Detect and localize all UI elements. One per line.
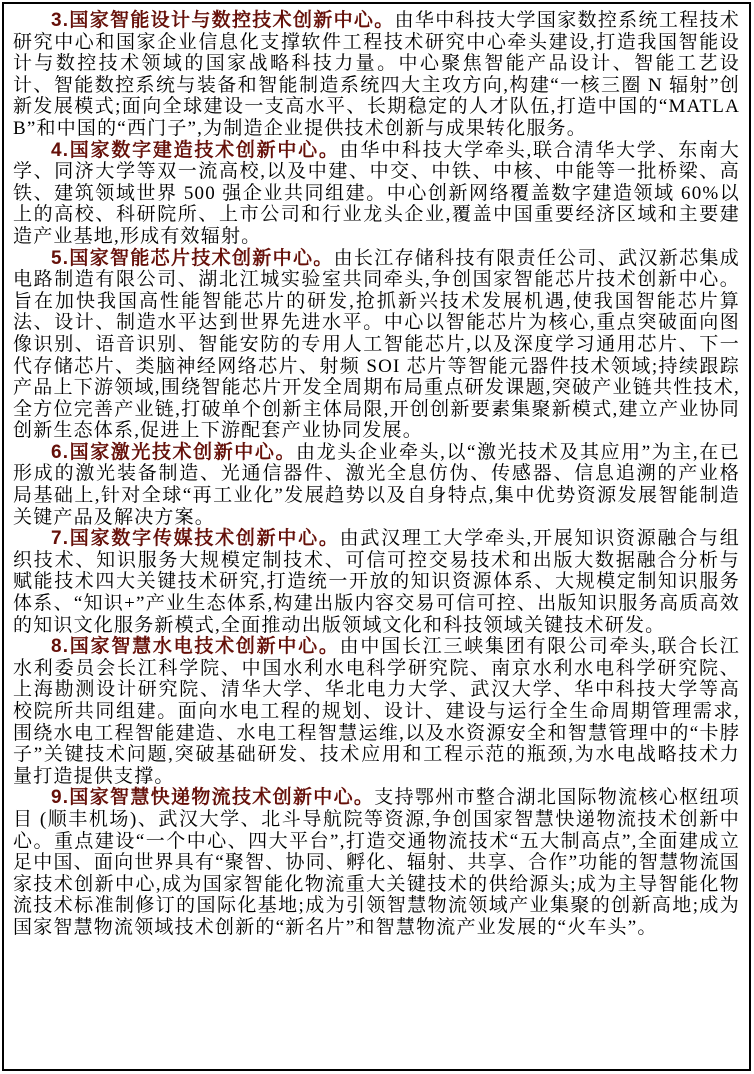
document-text-area: 3.国家智能设计与数控技术创新中心。由华中科技大学国家数控系统工程技术研究中心和… [13, 10, 740, 939]
paragraph: 7.国家数字传媒技术创新中心。由武汉理工大学牵头,开展知识资源融合与组织技术、知… [13, 528, 740, 636]
paragraph: 5.国家智能芯片技术创新中心。由长江存储科技有限责任公司、武汉新芯集成电路制造有… [13, 248, 740, 442]
paragraph: 3.国家智能设计与数控技术创新中心。由华中科技大学国家数控系统工程技术研究中心和… [13, 10, 740, 140]
paragraph-heading: 7.国家数字传媒技术创新中心。 [51, 528, 340, 549]
paragraph-body: 由中国长江三峡集团有限公司牵头,联合长江水利委员会长江科学院、中国水利水电科学研… [13, 636, 740, 787]
document-page: 3.国家智能设计与数控技术创新中心。由华中科技大学国家数控系统工程技术研究中心和… [0, 0, 754, 1074]
paragraph: 9.国家智慧快递物流技术创新中心。支持鄂州市整合湖北国际物流核心枢纽项目 (顺丰… [13, 787, 740, 938]
paragraph-heading: 3.国家智能设计与数控技术创新中心。 [51, 10, 395, 31]
paragraph-heading: 6.国家激光技术创新中心。 [51, 442, 296, 463]
paragraph: 4.国家数字建造技术创新中心。由华中科技大学牵头,联合清华大学、东南大学、同济大… [13, 140, 740, 248]
paragraph-body: 由长江存储科技有限责任公司、武汉新芯集成电路制造有限公司、湖北江城实验室共同牵头… [13, 248, 740, 442]
paragraph-heading: 4.国家数字建造技术创新中心。 [51, 140, 340, 161]
paragraph-body: 支持鄂州市整合湖北国际物流核心枢纽项目 (顺丰机场)、武汉大学、北斗导航院等资源… [13, 787, 740, 938]
paragraph-heading: 8.国家智慧水电技术创新中心。 [51, 636, 340, 657]
document-border-frame: 3.国家智能设计与数控技术创新中心。由华中科技大学国家数控系统工程技术研究中心和… [2, 2, 751, 1071]
paragraph: 8.国家智慧水电技术创新中心。由中国长江三峡集团有限公司牵头,联合长江水利委员会… [13, 636, 740, 787]
paragraph-heading: 9.国家智慧快递物流技术创新中心。 [51, 787, 374, 808]
paragraph-heading: 5.国家智能芯片技术创新中心。 [51, 248, 334, 269]
paragraph: 6.国家激光技术创新中心。由龙头企业牵头,以“激光技术及其应用”为主,在已形成的… [13, 442, 740, 528]
